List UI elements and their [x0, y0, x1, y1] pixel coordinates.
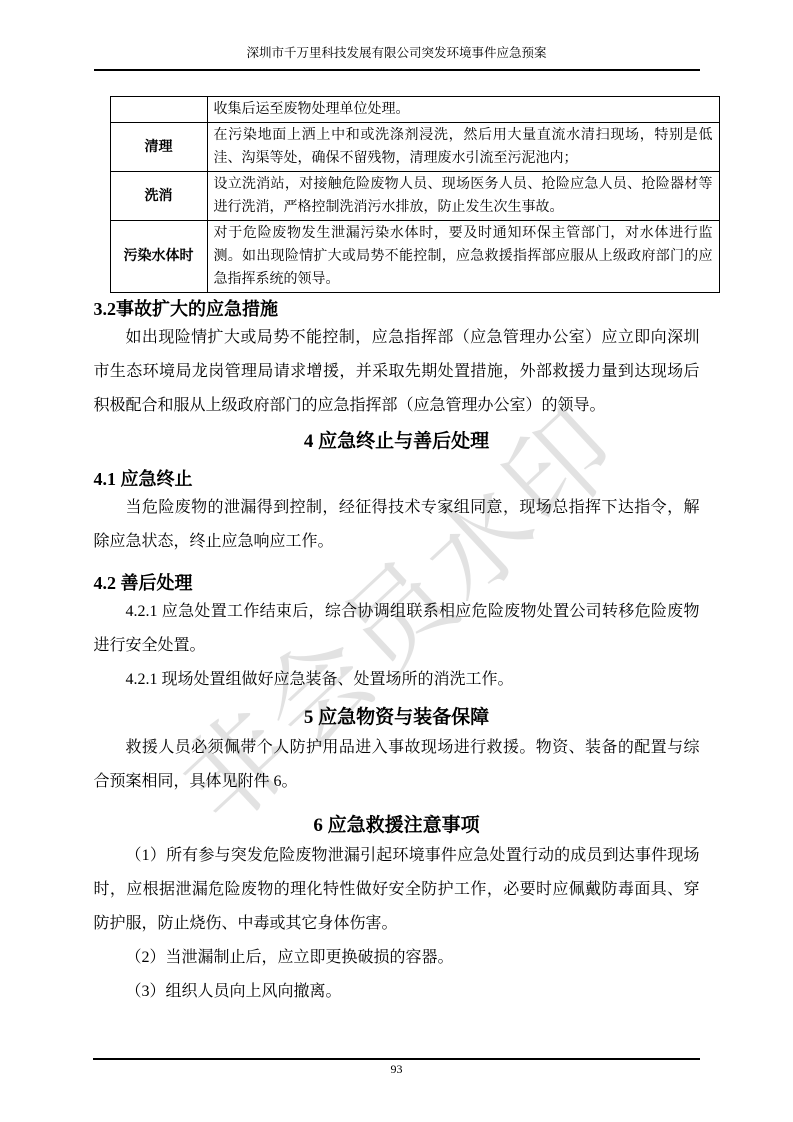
page-footer: 93	[93, 1058, 700, 1076]
page-header-title: 深圳市千万里科技发展有限公司突发环境事件应急预案	[94, 46, 700, 71]
table-text-cell: 在污染地面上洒上中和或洗涤剂浸洗，然后用大量直流水清扫现场，特别是低洼、沟渠等处…	[207, 123, 719, 172]
table-text-cell: 对于危险废物发生泄漏污染水体时，要及时通知环保主管部门，对水体进行监测。如出现险…	[207, 221, 719, 293]
section-6-paragraph-1: （1）所有参与突发危险废物泄漏引起环境事件应急处置行动的成员到达事件现场时，应根…	[94, 839, 700, 941]
section-4-2-paragraph-2: 4.2.1 现场处置组做好应急装备、处置场所的消洗工作。	[94, 663, 700, 697]
section-3-2-paragraph: 如出现险情扩大或局势不能控制，应急指挥部（应急管理办公室）应立即向深圳市生态环境…	[94, 321, 700, 423]
document-page: 非会员水印 深圳市千万里科技发展有限公司突发环境事件应急预案 收集后运至废物处理…	[0, 0, 793, 1122]
page-content: 深圳市千万里科技发展有限公司突发环境事件应急预案 收集后运至废物处理单位处理。 …	[94, 0, 700, 1009]
section-3-2-heading: 3.2事故扩大的应急措施	[94, 297, 700, 321]
table-row: 洗消 设立洗消站，对接触危险废物人员、现场医务人员、抢险应急人员、抢险器材等进行…	[110, 172, 719, 221]
section-4-2-heading: 4.2 善后处理	[94, 571, 700, 595]
section-5-heading: 5 应急物资与装备保障	[94, 705, 700, 731]
page-number: 93	[93, 1060, 700, 1076]
table-text-cell: 收集后运至废物处理单位处理。	[207, 97, 719, 123]
section-6-heading: 6 应急救援注意事项	[94, 813, 700, 839]
section-6-paragraph-2: （2）当泄漏制止后，应立即更换破损的容器。	[94, 941, 700, 975]
table-label-cell: 清理	[110, 123, 207, 172]
section-4-1-paragraph: 当危险废物的泄漏得到控制，经征得技术专家组同意，现场总指挥下达指令，解除应急状态…	[94, 491, 700, 559]
section-4-1-heading: 4.1 应急终止	[94, 467, 700, 491]
table-label-cell	[110, 97, 207, 123]
table-row: 收集后运至废物处理单位处理。	[110, 97, 719, 123]
section-4-heading: 4 应急终止与善后处理	[94, 429, 700, 455]
section-5-paragraph: 救援人员必须佩带个人防护用品进入事故现场进行救援。物资、装备的配置与综合预案相同…	[94, 731, 700, 799]
section-6-paragraph-3: （3）组织人员向上风向撤离。	[94, 975, 700, 1009]
table-row: 污染水体时 对于危险废物发生泄漏污染水体时，要及时通知环保主管部门，对水体进行监…	[110, 221, 719, 293]
emergency-measures-table: 收集后运至废物处理单位处理。 清理 在污染地面上洒上中和或洗涤剂浸洗，然后用大量…	[110, 96, 720, 293]
table-label-cell: 洗消	[110, 172, 207, 221]
table-label-cell: 污染水体时	[110, 221, 207, 293]
table-text-cell: 设立洗消站，对接触危险废物人员、现场医务人员、抢险应急人员、抢险器材等进行洗消，…	[207, 172, 719, 221]
table-row: 清理 在污染地面上洒上中和或洗涤剂浸洗，然后用大量直流水清扫现场，特别是低洼、沟…	[110, 123, 719, 172]
section-4-2-paragraph-1: 4.2.1 应急处置工作结束后，综合协调组联系相应危险废物处置公司转移危险废物进…	[94, 595, 700, 663]
